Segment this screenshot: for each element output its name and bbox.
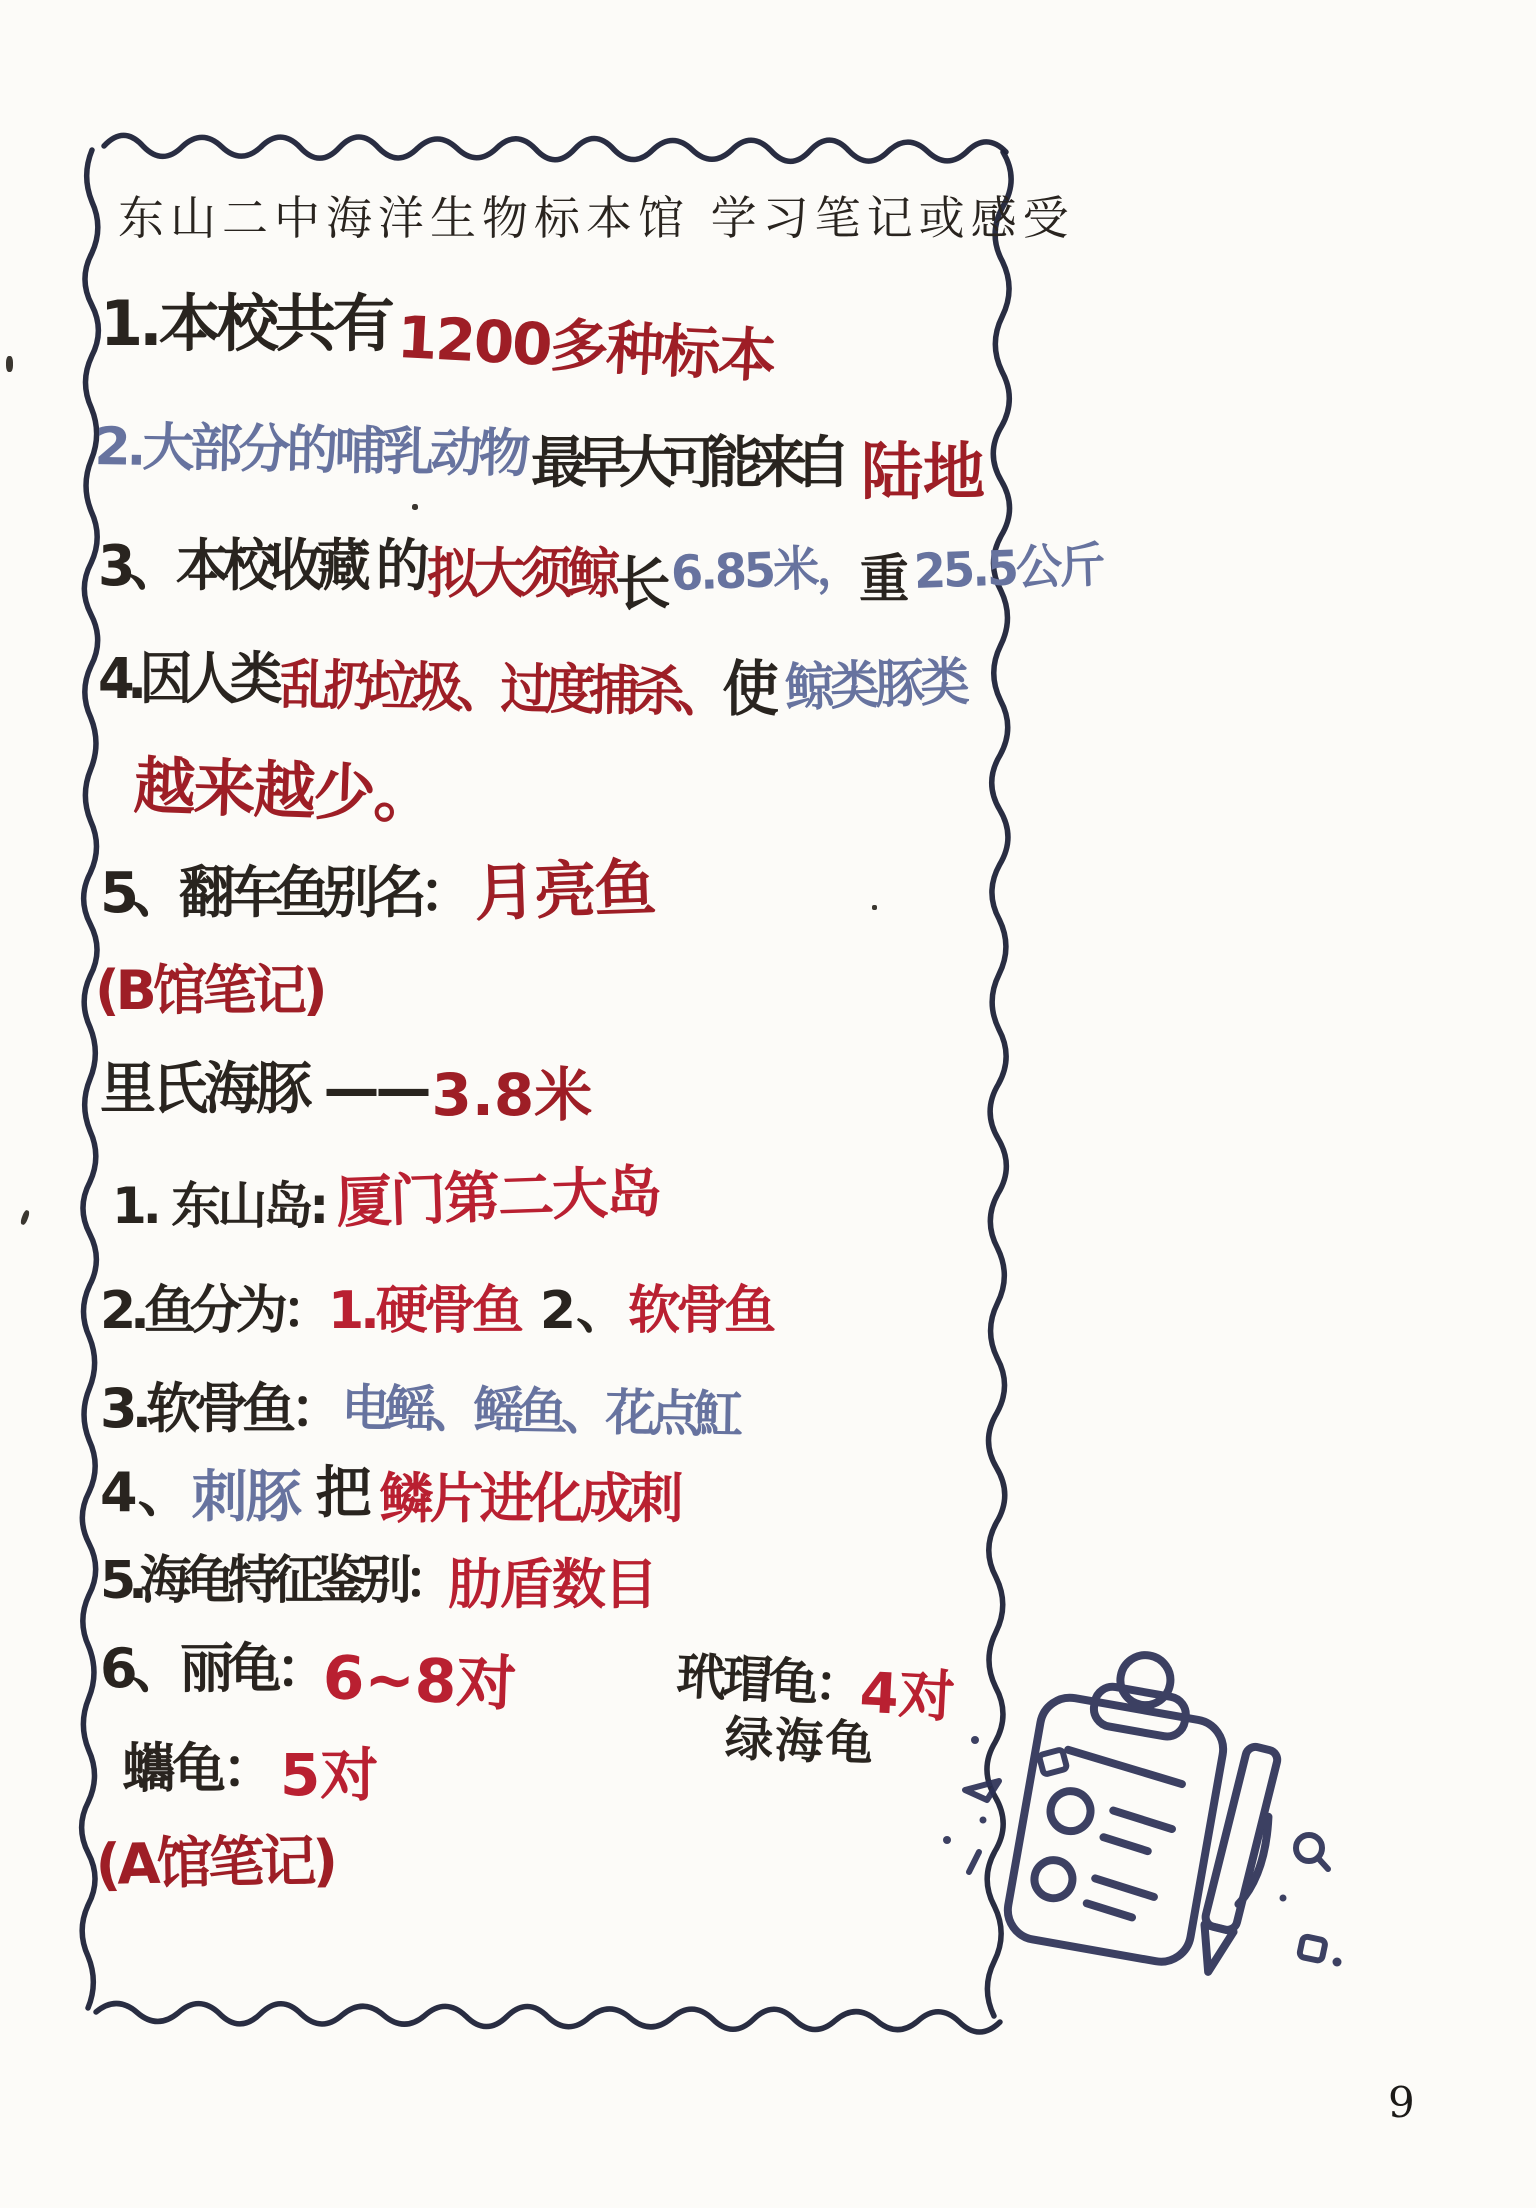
note-text: 里氏海豚 —— [100, 1058, 428, 1122]
note-text: 5.海龟特征鉴别： [100, 1552, 448, 1612]
note-line-b1: 1. 东山岛: 厦门第二大岛 [112, 1178, 659, 1242]
note-text: 绿海龟 [724, 1712, 876, 1772]
note-text: 2、 [540, 1282, 628, 1342]
note-text: 长 [615, 551, 671, 618]
note-line-a4-wrap: 越来越少。 [133, 750, 435, 832]
note-text: 重 [859, 551, 909, 611]
note-text: 4、 [100, 1462, 192, 1524]
note-text-red: 6~8对 [321, 1644, 517, 1720]
note-text-blue: 25.5公斤 [913, 538, 1103, 600]
note-text-red: 5对 [280, 1742, 378, 1809]
page-number: 9 [1388, 2078, 1415, 2127]
note-text: 5、翻车鱼别名： [100, 862, 467, 926]
note-line-a6: (B馆笔记) [95, 960, 324, 1022]
note-line-a5: 5、翻车鱼别名： 月亮鱼 [100, 862, 653, 933]
note-text: 1.本校共有 [100, 288, 391, 359]
note-text-red: 鳞片进化成刺 [380, 1468, 680, 1530]
note-line-a7: 里氏海豚 —— 3.8米 [100, 1058, 592, 1125]
page-title: 东山二中海洋生物标本馆 学习笔记或感受 [118, 192, 1075, 245]
note-text: 4.因人类 [98, 648, 275, 712]
note-text-blue: 6.85米， [671, 540, 861, 602]
note-text-red: 越来越少。 [133, 750, 435, 832]
note-text: 玳瑁龟： [675, 1648, 862, 1715]
note-text-blue: 2.大部分的哺乳动物 [94, 418, 527, 485]
note-line-b6-right2: 绿海龟 [724, 1712, 876, 1772]
note-text-red: 软骨鱼 [628, 1282, 772, 1342]
note-line-b4: 4、 刺豚 把 鳞片进化成刺 [100, 1462, 680, 1526]
note-text-blue: 电鳐、鳐鱼、花点魟 [341, 1380, 738, 1444]
note-line-b6: 6、丽龟： 6~8对 [100, 1638, 517, 1707]
note-text-red: (B馆笔记) [95, 960, 324, 1022]
note-text-red: 肋盾数目 [448, 1554, 656, 1616]
note-text-red: 乱扔垃圾、过度捕杀、 [280, 654, 723, 724]
note-line-a3: 3、本校收藏 的 拟大须鲸 长 6.85米， 重 25.5公斤 [98, 535, 1102, 602]
note-line-b2: 2.鱼分为： 1.硬骨鱼 2、 软骨鱼 [100, 1282, 772, 1342]
note-text: 把 [316, 1462, 372, 1526]
note-text-red: (A馆笔记) [95, 1830, 335, 1899]
note-text: 蠵龟： [122, 1738, 272, 1800]
title-text: 东山二中海洋生物标本馆 学习笔记或感受 [118, 192, 1075, 245]
note-line-b8: (A馆笔记) [95, 1830, 335, 1899]
note-text-red: 1.硬骨鱼 [328, 1282, 520, 1342]
scan-artifact [6, 356, 13, 372]
note-line-a1: 1.本校共有 1200多种标本 [100, 288, 776, 359]
scan-artifact [412, 504, 418, 510]
clipboard-doodle-icon [905, 1640, 1365, 2050]
note-text-blue: 鲸类豚类 [784, 653, 966, 719]
note-text-red: 3.8米 [432, 1062, 593, 1129]
note-text: 2.鱼分为： [100, 1282, 328, 1342]
note-line-b3: 3.软骨鱼： 电鳐、鳐鱼、花点魟 [100, 1378, 738, 1440]
note-text-red: 厦门第二大岛 [335, 1161, 661, 1237]
note-line-a4: 4.因人类 乱扔垃圾、过度捕杀、 使 鲸类豚类 [98, 648, 965, 717]
scan-artifact [872, 905, 877, 910]
note-line-b7: 蠵龟： 5对 [122, 1738, 378, 1805]
note-text: 3、本校收藏 的 [98, 535, 423, 599]
notebook-page: { "page_number": "9", "title": "东山二中海洋生物… [0, 0, 1536, 2208]
note-text: 最早大可能来自 [531, 432, 839, 496]
note-text-red: 陆地 [861, 436, 985, 507]
note-text-red: 月亮鱼 [473, 852, 655, 930]
note-text: 6、丽龟： [100, 1638, 324, 1700]
note-text: 1. 东山岛: [112, 1178, 325, 1236]
note-text: 3.软骨鱼： [100, 1378, 338, 1440]
note-text-red: 拟大须鲸 [427, 543, 615, 605]
note-line-b5: 5.海龟特征鉴别： 肋盾数目 [100, 1552, 656, 1614]
note-line-a2: 2.大部分的哺乳动物 最早大可能来自 陆地 [95, 418, 985, 489]
note-text-blue: 刺豚 [192, 1466, 300, 1530]
note-text: 使 [722, 656, 778, 725]
